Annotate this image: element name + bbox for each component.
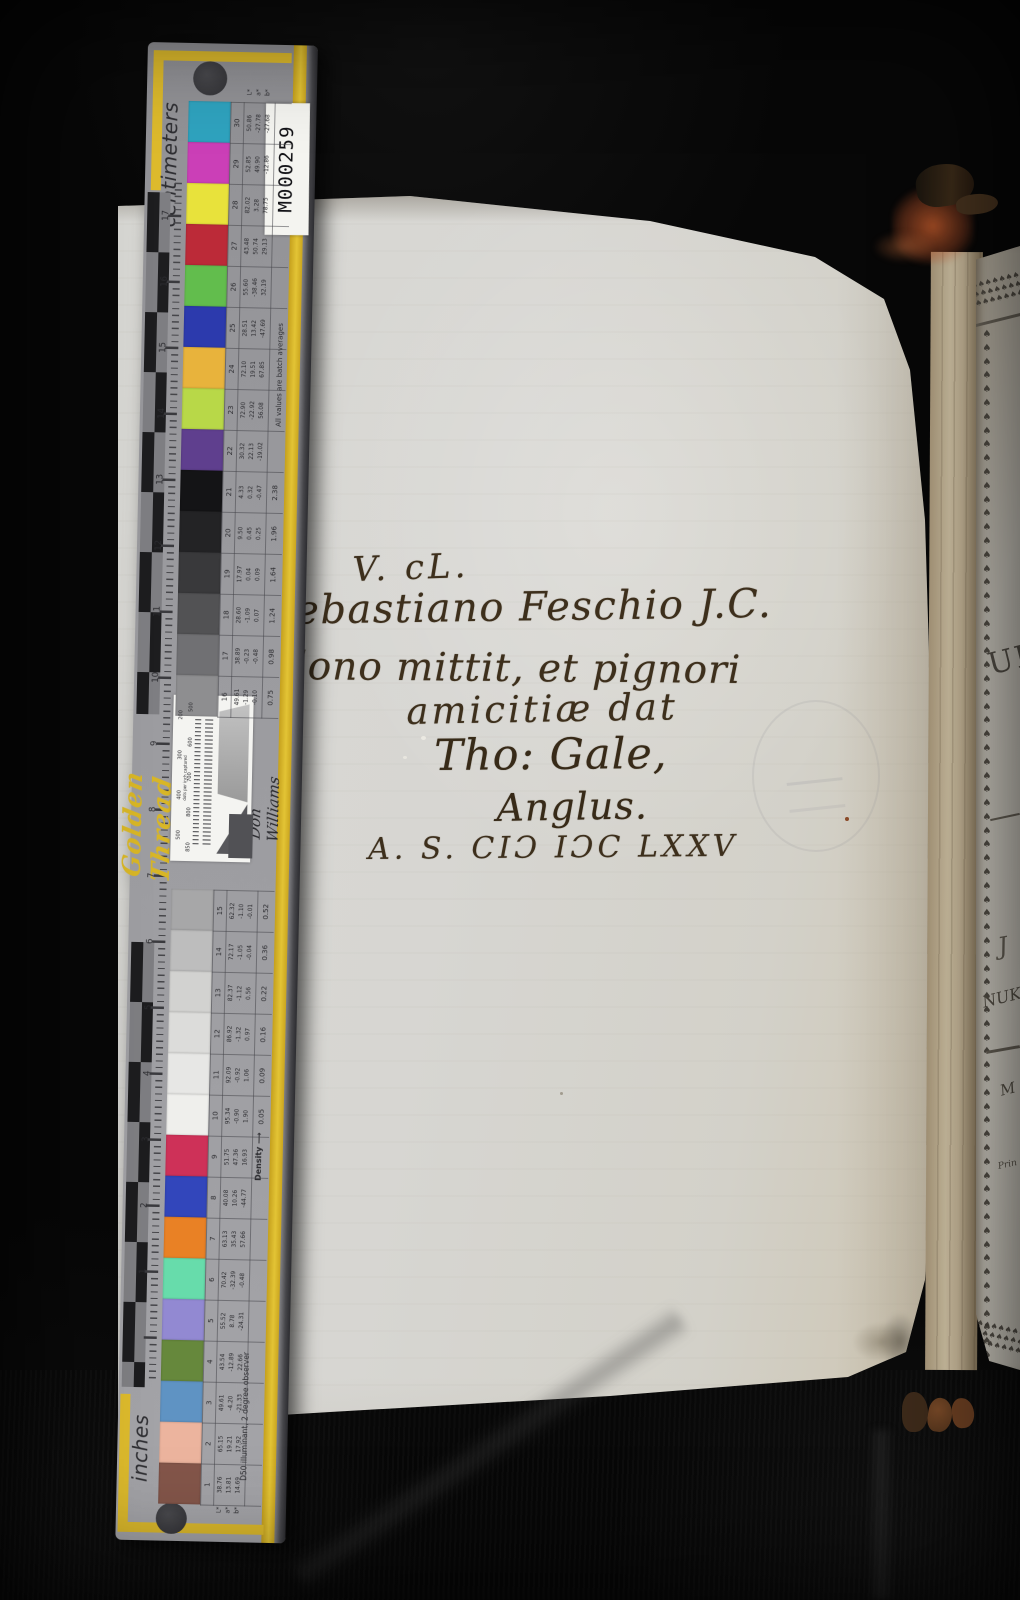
digitization-photograph: V. cL. Sebastiano Feschio J.C. dono mitt… bbox=[0, 0, 1020, 1600]
photo-vignette bbox=[0, 0, 1020, 1600]
